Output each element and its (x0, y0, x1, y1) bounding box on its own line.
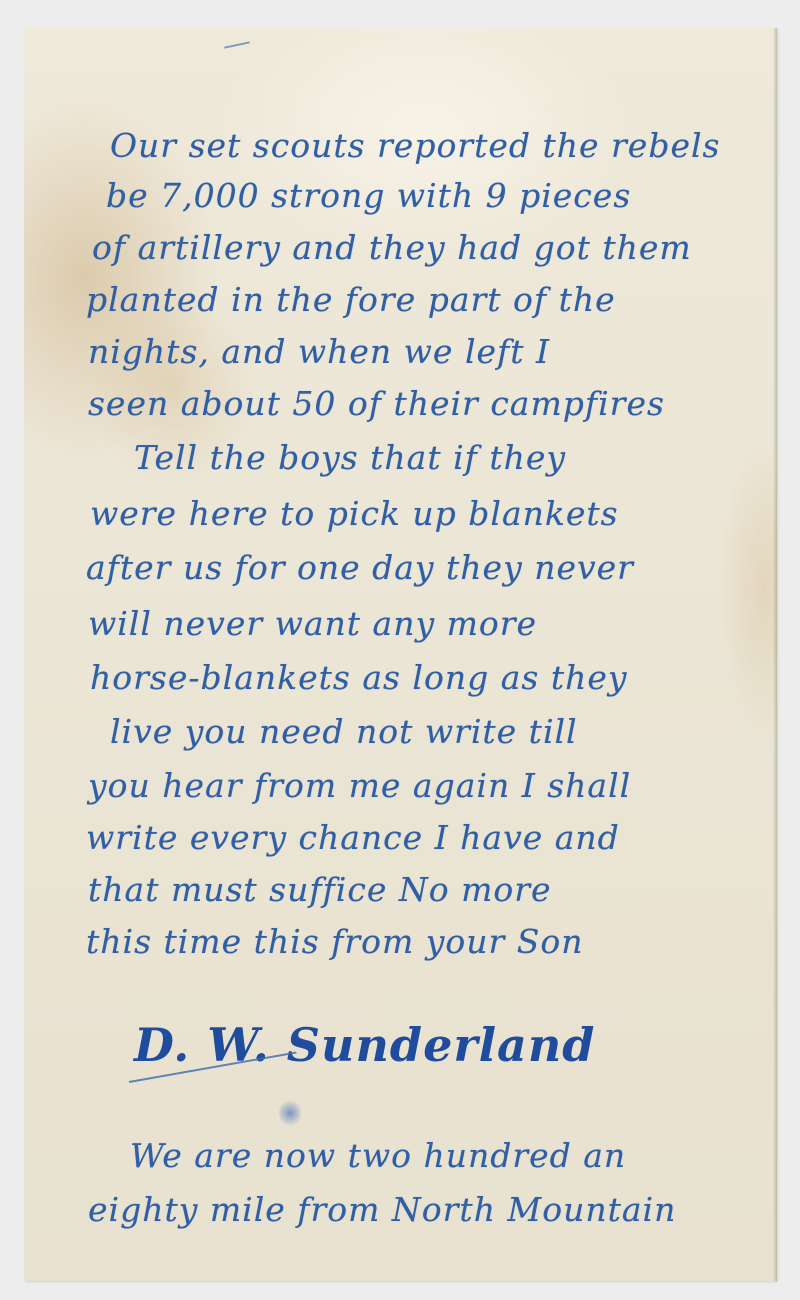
letter-line: were here to pick up blankets (90, 494, 800, 533)
letter-page: Our set scouts reported the rebels be 7,… (24, 28, 777, 1281)
letter-line: Tell the boys that if they (134, 438, 800, 477)
stray-ink-mark (224, 41, 250, 48)
letter-line: live you need not write till (110, 712, 800, 751)
letter-line: that must suffice No more (88, 870, 800, 909)
letter-line: seen about 50 of their campfires (88, 384, 800, 423)
ink-blot (279, 1098, 301, 1128)
letter-line: of artillery and they had got them (92, 228, 800, 267)
postscript-line: eighty mile from North Mountain (88, 1190, 800, 1229)
paper-edge (773, 28, 777, 1281)
letter-line: be 7,000 strong with 9 pieces (106, 176, 800, 215)
signature: D. W. Sunderland (134, 1018, 595, 1072)
letter-line: after us for one day they never (86, 548, 800, 587)
letter-line: you hear from me again I shall (88, 766, 800, 805)
letter-line: write every chance I have and (86, 818, 800, 857)
letter-line: planted in the fore part of the (86, 280, 800, 319)
letter-line: will never want any more (88, 604, 800, 643)
letter-line: horse-blankets as long as they (90, 658, 800, 697)
letter-line: this time this from your Son (86, 922, 800, 961)
letter-line: Our set scouts reported the rebels (110, 126, 800, 165)
postscript-line: We are now two hundred an (130, 1136, 800, 1175)
letter-line: nights, and when we left I (88, 332, 800, 371)
